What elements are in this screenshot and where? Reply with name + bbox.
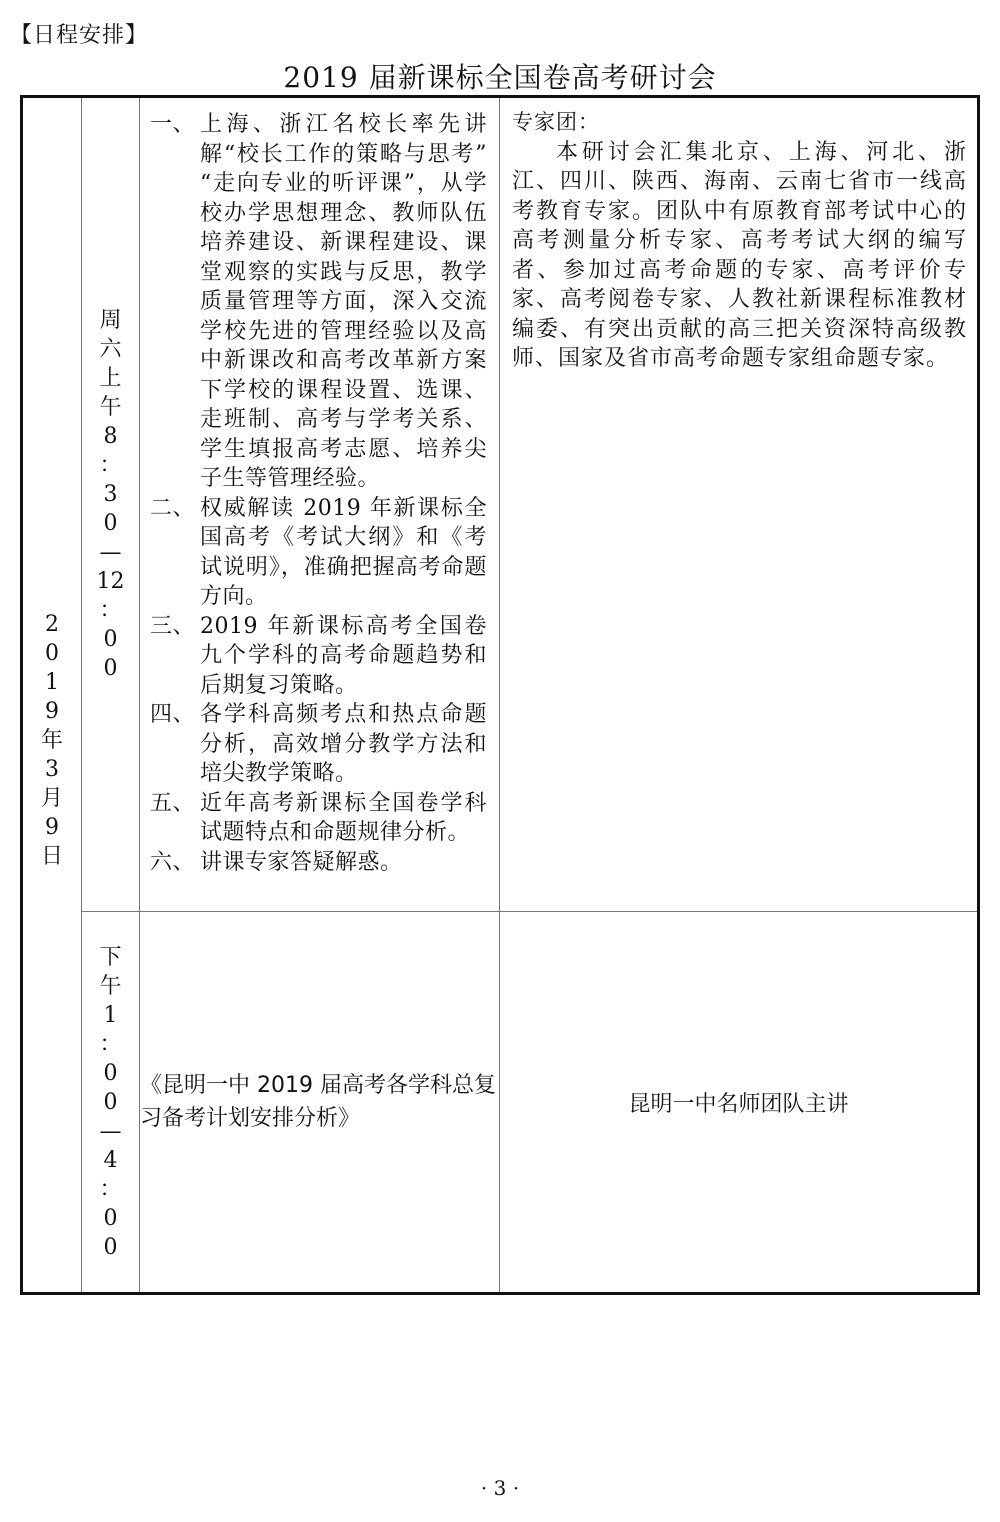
vertical-char: 3 [45, 755, 59, 784]
topic-text: 权威解读 2019 年新课标全国高考《考试大纲》和《考试说明》，准确把握高考命题… [200, 494, 487, 612]
topic-text: 近年高考新课标全国卷学科试题特点和命题规律分析。 [200, 789, 487, 848]
vertical-char: 2 [45, 610, 59, 639]
morning-time-cell: 周六上午8：30—12：00 [82, 97, 140, 912]
schedule-table: 2019年3月9日 周六上午8：30—12：00 一、上海、浙江名校长率先讲解“… [20, 95, 980, 1295]
vertical-char: 上 [99, 364, 121, 393]
topic-item: 二、权威解读 2019 年新课标全国高考《考试大纲》和《考试说明》，准确把握高考… [150, 494, 487, 612]
vertical-char: 周 [99, 306, 121, 335]
vertical-char: 0 [104, 1233, 118, 1262]
vertical-char: ： [99, 596, 121, 625]
vertical-char: 0 [104, 1088, 118, 1117]
vertical-char: 午 [99, 972, 121, 1001]
vertical-char: 六 [99, 335, 121, 364]
afternoon-speaker: 昆明一中名师团队主讲 [500, 1087, 977, 1118]
topic-text: 各学科高频考点和热点命题分析，高效增分教学方法和培尖教学策略。 [200, 700, 487, 789]
vertical-char: 月 [41, 784, 63, 813]
topic-number: 六、 [150, 848, 200, 878]
vertical-char: 下 [99, 943, 121, 972]
section-tag: 【日程安排】 [10, 18, 148, 49]
vertical-char: 0 [104, 654, 118, 683]
vertical-char: 12 [97, 567, 125, 596]
topic-text: 讲课专家答疑解惑。 [200, 848, 487, 878]
morning-row: 2019年3月9日 周六上午8：30—12：00 一、上海、浙江名校长率先讲解“… [22, 97, 979, 912]
vertical-char: 午 [99, 393, 121, 422]
date-vertical-text: 2019年3月9日 [23, 520, 81, 871]
vertical-char: 0 [104, 1059, 118, 1088]
topic-item: 四、各学科高频考点和热点命题分析，高效增分教学方法和培尖教学策略。 [150, 700, 487, 789]
vertical-char: 8 [104, 422, 118, 451]
topic-number: 二、 [150, 494, 200, 612]
vertical-char: — [100, 538, 122, 567]
vertical-char: 9 [45, 813, 59, 842]
morning-time-vertical-text: 周六上午8：30—12：00 [82, 306, 139, 683]
vertical-char: ： [99, 1030, 121, 1059]
topic-number: 三、 [150, 612, 200, 701]
vertical-char: 年 [41, 726, 63, 755]
afternoon-topic-cell: 《昆明一中 2019 届高考各学科总复习备考计划安排分析》 [140, 912, 500, 1294]
expert-team-heading: 专家团： [512, 108, 967, 138]
page-title: 2019 届新课标全国卷高考研讨会 [0, 56, 1000, 96]
vertical-char: ： [99, 1175, 121, 1204]
vertical-char: 0 [104, 1204, 118, 1233]
page-number: · 3 · [0, 1476, 1000, 1500]
morning-topics-cell: 一、上海、浙江名校长率先讲解“校长工作的策略与思考” “走向专业的听评课”，从学… [140, 97, 500, 912]
date-cell: 2019年3月9日 [22, 97, 82, 1294]
afternoon-time-vertical-text: 下午1：00—4：00 [82, 943, 139, 1262]
afternoon-topic: 《昆明一中 2019 届高考各学科总复习备考计划安排分析》 [140, 1069, 499, 1135]
topic-number: 一、 [150, 110, 200, 494]
topic-text: 上海、浙江名校长率先讲解“校长工作的策略与思考” “走向专业的听评课”，从学校办… [200, 110, 487, 494]
topic-number: 四、 [150, 700, 200, 789]
afternoon-row: 下午1：00—4：00 《昆明一中 2019 届高考各学科总复习备考计划安排分析… [22, 912, 979, 1294]
afternoon-speaker-cell: 昆明一中名师团队主讲 [500, 912, 979, 1294]
vertical-char: 日 [41, 842, 63, 871]
vertical-char: 0 [104, 509, 118, 538]
topic-number: 五、 [150, 789, 200, 848]
topic-item: 六、讲课专家答疑解惑。 [150, 848, 487, 878]
vertical-char: ： [99, 451, 121, 480]
vertical-char: 0 [104, 625, 118, 654]
topic-text: 2019 年新课标高考全国卷九个学科的高考命题趋势和后期复习策略。 [200, 612, 487, 701]
topic-item: 三、2019 年新课标高考全国卷九个学科的高考命题趋势和后期复习策略。 [150, 612, 487, 701]
vertical-char: 3 [104, 480, 118, 509]
vertical-char: 0 [45, 639, 59, 668]
topic-item: 五、近年高考新课标全国卷学科试题特点和命题规律分析。 [150, 789, 487, 848]
vertical-char: 4 [104, 1146, 118, 1175]
vertical-char: 1 [104, 1001, 118, 1030]
expert-team-description: 本研讨会汇集北京、上海、河北、浙江、四川、陕西、海南、云南七省市一线高考教育专家… [512, 138, 967, 374]
topic-list: 一、上海、浙江名校长率先讲解“校长工作的策略与思考” “走向专业的听评课”，从学… [140, 98, 499, 889]
afternoon-time-cell: 下午1：00—4：00 [82, 912, 140, 1294]
vertical-char: 1 [45, 668, 59, 697]
vertical-char: 9 [45, 697, 59, 726]
topic-item: 一、上海、浙江名校长率先讲解“校长工作的策略与思考” “走向专业的听评课”，从学… [150, 110, 487, 494]
vertical-char: — [100, 1117, 122, 1146]
expert-team-cell: 专家团： 本研讨会汇集北京、上海、河北、浙江、四川、陕西、海南、云南七省市一线高… [500, 97, 979, 912]
